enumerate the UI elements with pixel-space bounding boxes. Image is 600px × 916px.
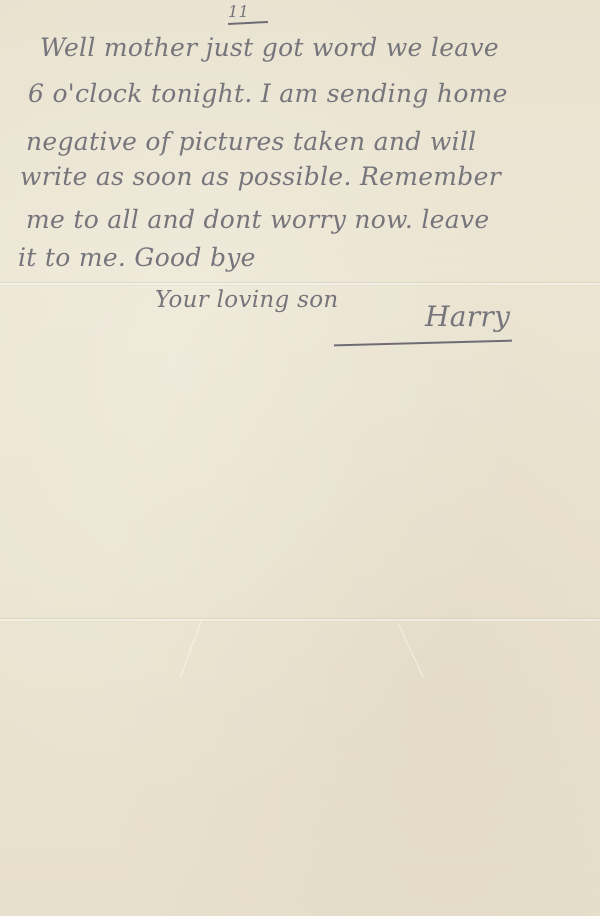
letter-line: negative of pictures taken and will [26,127,476,156]
paper-crease [180,622,201,679]
signature-underline [334,340,512,347]
letter-line: it to me. Good bye [18,243,256,272]
letter-line: 6 o'clock tonight. I am sending home [28,79,508,108]
paper-crease [397,623,423,678]
letter-page: 11 Well mother just got word we leave 6 … [0,0,600,916]
letter-line: me to all and dont worry now. leave [26,205,489,234]
page-number-underline [228,21,268,25]
fold-line [0,618,600,622]
letter-line: Well mother just got word we leave [40,33,499,62]
letter-line: write as soon as possible. Remember [20,162,501,191]
fold-line [0,282,600,286]
letter-closing: Your loving son [155,287,339,313]
page-number: 11 [228,2,249,21]
signature: Harry [425,300,510,333]
